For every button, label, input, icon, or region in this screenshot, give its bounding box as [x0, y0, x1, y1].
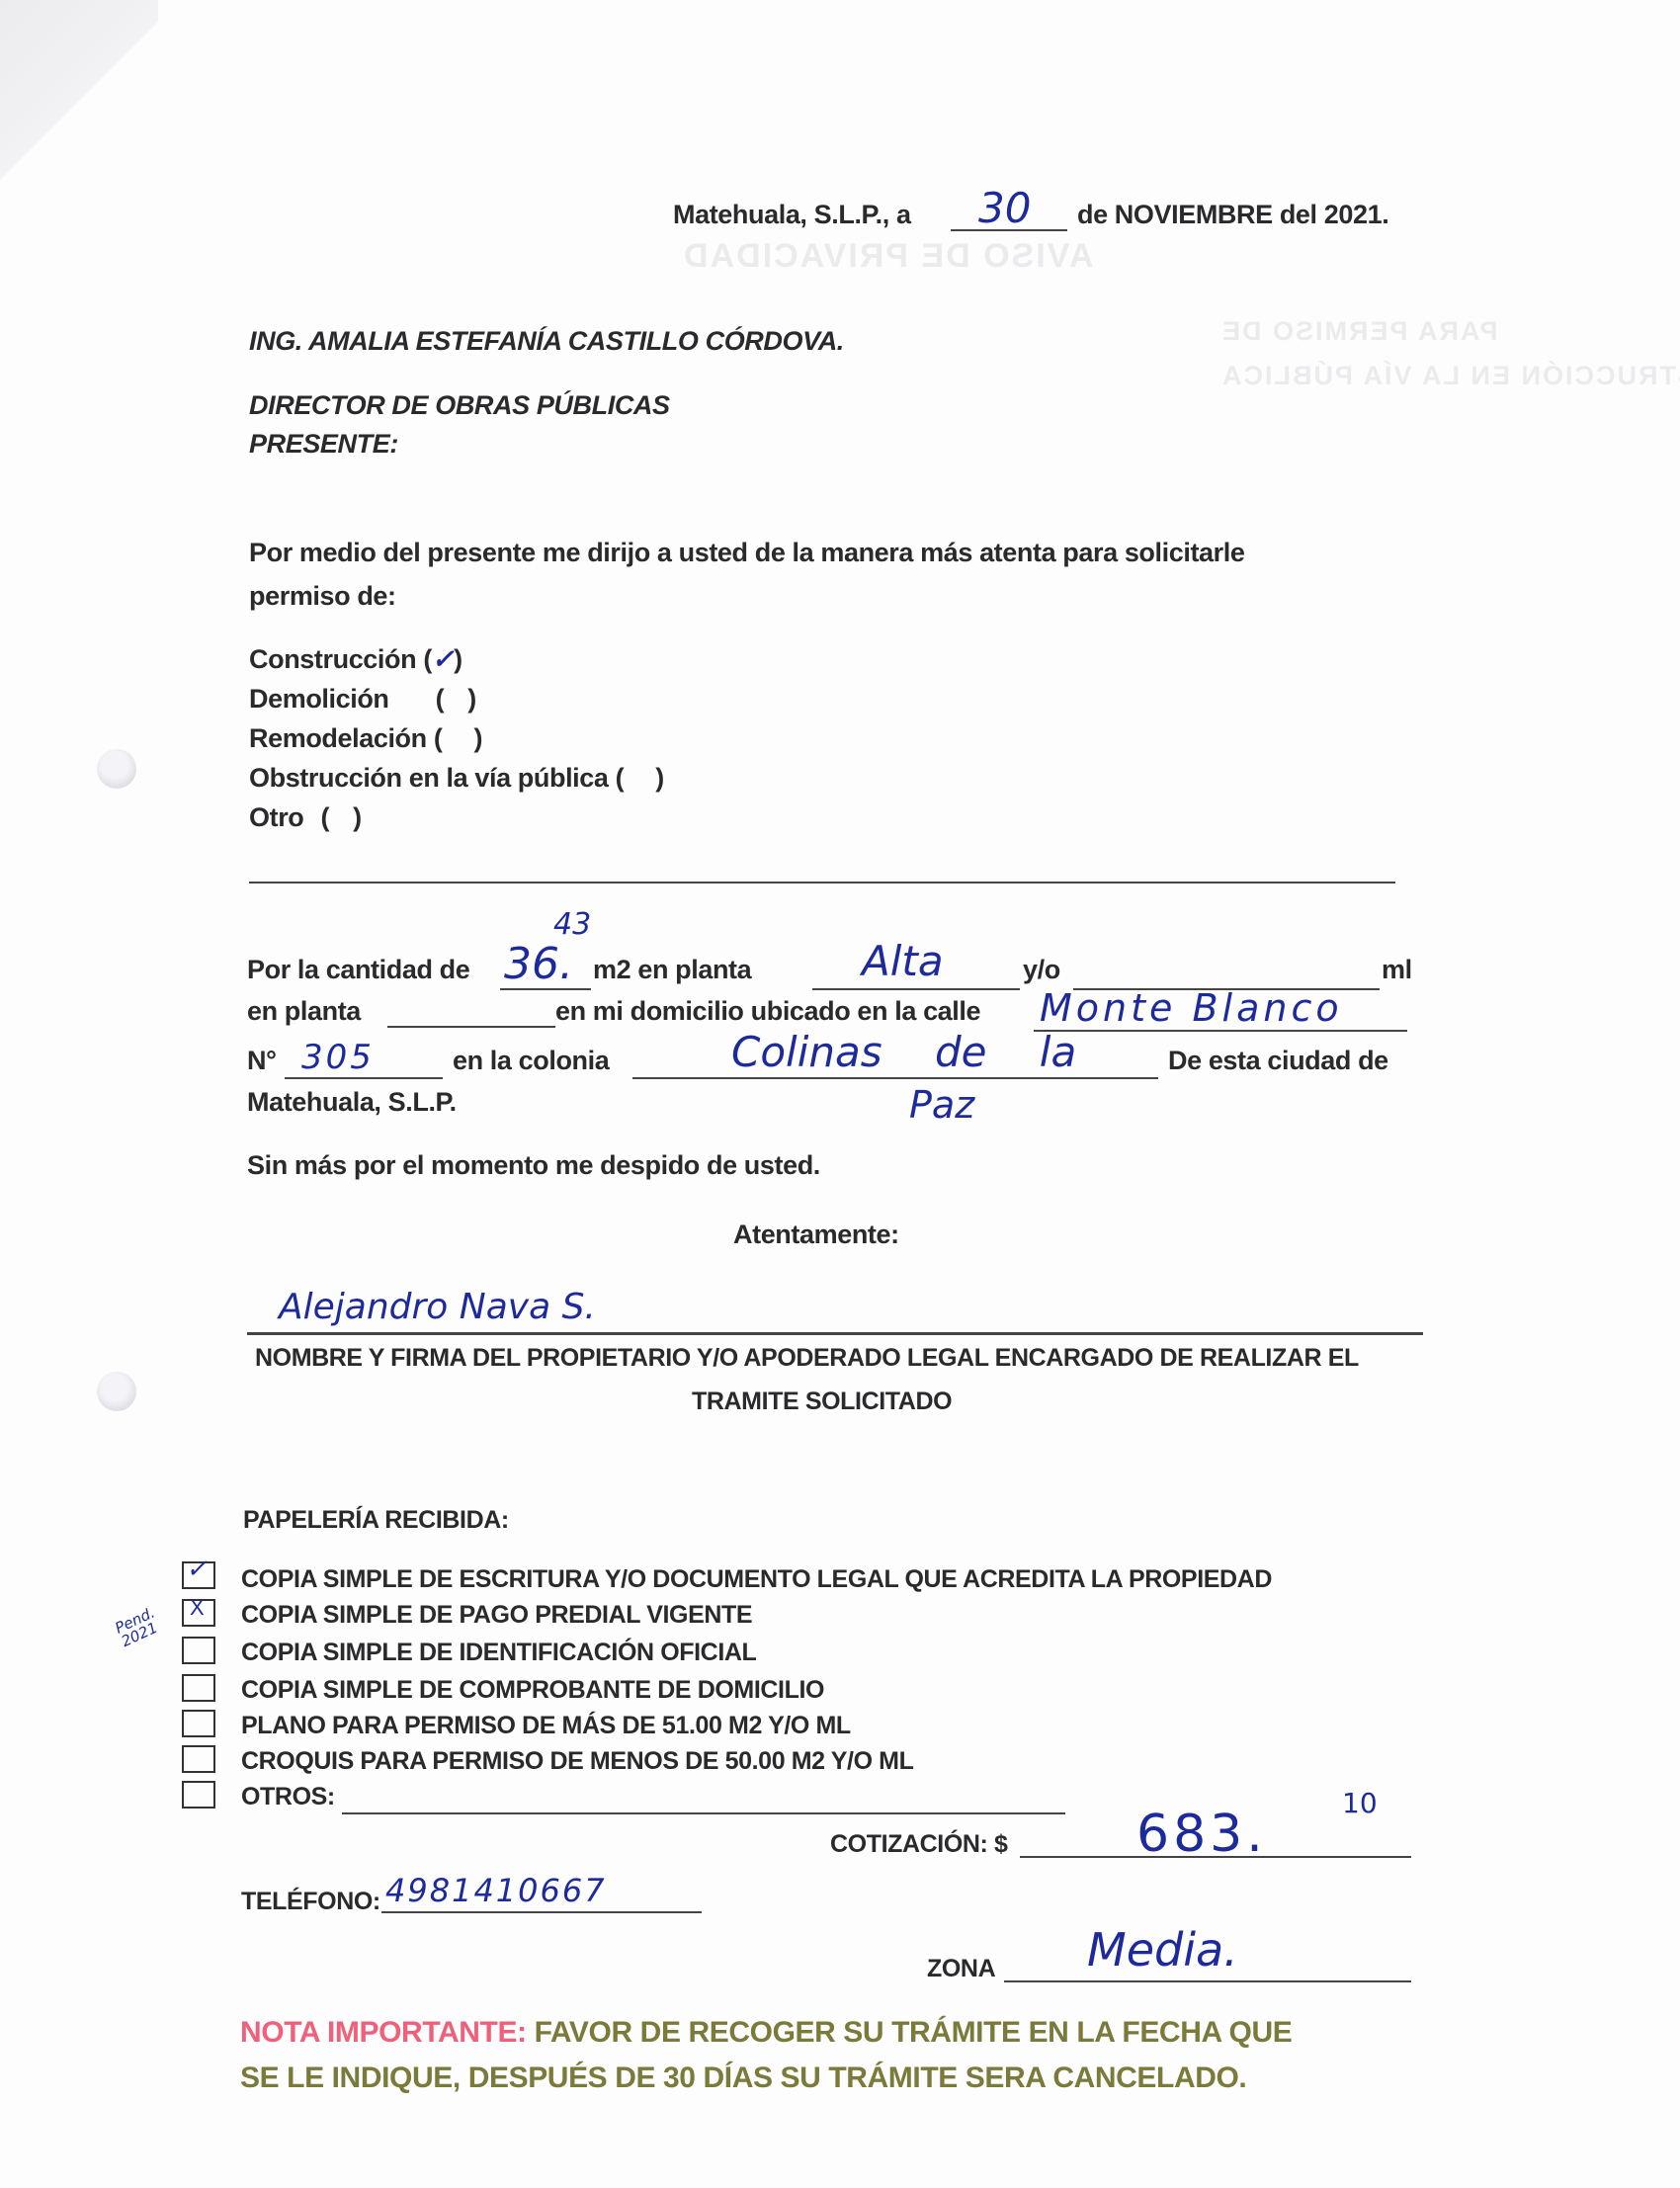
- cotizacion-label: COTIZACIÓN: $: [830, 1830, 1008, 1859]
- paren-close: ): [353, 802, 362, 832]
- num-field[interactable]: 305: [301, 1038, 375, 1077]
- cotizacion-cents[interactable]: 10: [1342, 1787, 1378, 1819]
- paren-open: (: [434, 723, 443, 753]
- colonia-field-continued[interactable]: Paz: [909, 1083, 974, 1127]
- zona-field[interactable]: Media.: [1087, 1923, 1238, 1977]
- signature-line: [247, 1332, 1423, 1335]
- street-field-line: [1034, 1030, 1407, 1032]
- farewell-text: Sin más por el momento me despido de ust…: [247, 1150, 820, 1181]
- yo-label: y/o: [1023, 955, 1060, 985]
- intro-line-2: permiso de:: [249, 581, 396, 612]
- checkbox-plano[interactable]: [182, 1710, 215, 1737]
- qty-label: Por la cantidad de: [247, 955, 469, 985]
- important-note-line-1: NOTA IMPORTANTE: FAVOR DE RECOGER SU TRÁ…: [240, 2016, 1292, 2050]
- papeleria-item: CROQUIS PARA PERMISO DE MENOS DE 50.00 M…: [241, 1747, 913, 1776]
- permit-option-remodelacion[interactable]: Remodelación (): [249, 723, 482, 754]
- num-field-line: [285, 1077, 443, 1079]
- num-label: N°: [247, 1046, 277, 1076]
- signature-field[interactable]: Alejandro Nava S.: [279, 1287, 596, 1327]
- paren-close: ): [467, 684, 476, 714]
- zona-field-line: [1004, 1980, 1411, 1982]
- permit-option-label: Construcción: [249, 644, 416, 674]
- intro-line-1: Por medio del presente me dirijo a usted…: [249, 538, 1244, 568]
- paren-open: (: [436, 684, 445, 714]
- colonia-field-line: [632, 1077, 1158, 1079]
- city-line: Matehuala, S.L.P.: [247, 1087, 457, 1118]
- colonia-label: en la colonia: [453, 1046, 609, 1076]
- planta-field[interactable]: Alta: [862, 937, 944, 985]
- permit-option-label: Obstrucción en la vía pública: [249, 763, 609, 793]
- planta-field-line: [812, 988, 1020, 990]
- qty-field[interactable]: 36.: [504, 939, 573, 989]
- papeleria-item: COPIA SIMPLE DE PAGO PREDIAL VIGENTE: [241, 1601, 752, 1630]
- paren-open: (: [616, 763, 625, 793]
- papeleria-item: OTROS:: [241, 1783, 335, 1811]
- papeleria-item: COPIA SIMPLE DE IDENTIFICACIÓN OFICIAL: [241, 1639, 756, 1667]
- permit-option-label: Otro: [249, 802, 303, 832]
- paren-close: ): [655, 763, 664, 793]
- colonia-field[interactable]: Colinas de la: [731, 1028, 1076, 1076]
- city-suffix: De esta ciudad de: [1168, 1046, 1388, 1076]
- recipient-title: DIRECTOR DE OBRAS PÚBLICAS: [249, 390, 670, 421]
- show-through-text: PARA PERMISO DE: [1220, 316, 1498, 347]
- otros-field-line[interactable]: [342, 1812, 1065, 1814]
- punch-hole-icon: [97, 749, 136, 789]
- en-planta-field-line[interactable]: [387, 1026, 555, 1028]
- signature-caption-1: NOMBRE Y FIRMA DEL PROPIETARIO Y/O APODE…: [255, 1344, 1359, 1373]
- papeleria-item: COPIA SIMPLE DE ESCRITURA Y/O DOCUMENTO …: [241, 1565, 1272, 1594]
- telefono-label: TELÉFONO:: [241, 1888, 380, 1916]
- signature-caption-2: TRAMITE SOLICITADO: [692, 1388, 952, 1416]
- papeleria-title: PAPELERÍA RECIBIDA:: [243, 1506, 509, 1535]
- telefono-field[interactable]: 4981410667: [385, 1872, 607, 1909]
- regards-text: Atentamente:: [733, 1220, 899, 1250]
- show-through-text: CONSTRUCCIÓN OBSTRUCCIÓN EN LA VÍA PÚBLI…: [1220, 361, 1680, 391]
- otro-field-line[interactable]: [249, 882, 1395, 884]
- papeleria-item: COPIA SIMPLE DE COMPROBANTE DE DOMICILIO: [241, 1676, 824, 1705]
- side-note: Pend. 2021: [113, 1598, 179, 1650]
- permit-option-demolicion[interactable]: Demolición (): [249, 684, 476, 715]
- check-mark-icon: ✓: [186, 1554, 208, 1584]
- street-field[interactable]: Monte Blanco: [1040, 986, 1343, 1030]
- telefono-field-line: [381, 1911, 702, 1913]
- checkbox-otros[interactable]: [182, 1781, 215, 1809]
- note-text: FAVOR DE RECOGER SU TRÁMITE EN LA FECHA …: [535, 2016, 1293, 2049]
- paren-close: ): [473, 723, 482, 753]
- permit-option-label: Demolición: [249, 684, 389, 714]
- domicilio-label: en mi domicilio ubicado en la calle: [555, 996, 980, 1027]
- qty-decimal-field[interactable]: 43: [553, 907, 591, 942]
- paren-open: (: [321, 802, 330, 832]
- permit-option-otro[interactable]: Otro (): [249, 802, 362, 833]
- punch-hole-icon: [97, 1372, 136, 1411]
- papeleria-item: PLANO PARA PERMISO DE MÁS DE 51.00 M2 Y/…: [241, 1712, 851, 1740]
- cotizacion-field[interactable]: 683.: [1136, 1805, 1267, 1864]
- en-planta-label: en planta: [247, 996, 361, 1027]
- recipient-salutation: PRESENTE:: [249, 429, 398, 460]
- show-through-text: AVISO DE PRIVACIDAD: [682, 237, 1093, 276]
- day-field[interactable]: 30: [978, 184, 1031, 232]
- checkbox-croquis[interactable]: [182, 1745, 215, 1773]
- scanned-form-page: AVISO DE PRIVACIDAD PARA PERMISO DE CONS…: [0, 0, 1680, 2188]
- m2-label: m2 en planta: [593, 955, 751, 985]
- paren-close: ): [454, 644, 462, 674]
- recipient-name: ING. AMALIA ESTEFANÍA CASTILLO CÓRDOVA.: [249, 326, 844, 357]
- date-suffix: de NOVIEMBRE del 2021.: [1077, 200, 1388, 230]
- page-fold-corner: [0, 0, 158, 198]
- date-prefix: Matehuala, S.L.P., a: [673, 200, 911, 230]
- paren-open: (: [423, 644, 432, 674]
- permit-option-construccion[interactable]: Construcción (✓): [249, 644, 462, 675]
- permit-option-label: Remodelación: [249, 723, 427, 753]
- zona-label: ZONA: [927, 1955, 995, 1983]
- ml-label: ml: [1382, 955, 1412, 985]
- checkbox-domicilio[interactable]: [182, 1674, 215, 1702]
- check-mark-icon: ✓: [432, 644, 454, 674]
- note-label: NOTA IMPORTANTE:: [240, 2016, 527, 2049]
- checkbox-identificacion[interactable]: [182, 1637, 215, 1664]
- x-mark-icon: X: [190, 1595, 205, 1621]
- important-note-line-2: SE LE INDIQUE, DESPUÉS DE 30 DÍAS SU TRÁ…: [240, 2062, 1246, 2095]
- permit-option-obstruccion[interactable]: Obstrucción en la vía pública (): [249, 763, 664, 794]
